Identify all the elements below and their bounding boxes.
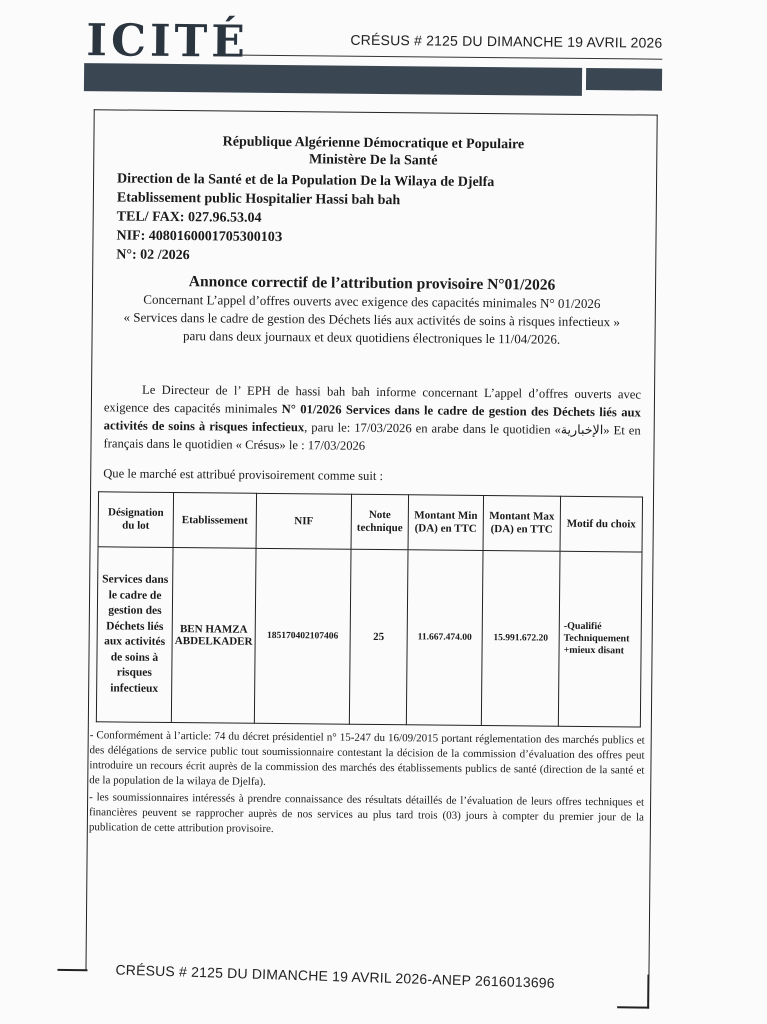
col-max: Montant Max (DA) en TTC <box>483 495 561 551</box>
cell-nif: 185170402107406 <box>254 548 351 724</box>
attribution-table: Désignation du lot Etablissement NIF Not… <box>96 491 643 727</box>
cell-note: 25 <box>349 549 408 725</box>
col-nif: NIF <box>256 493 352 549</box>
col-motif: Motif du choix <box>560 496 643 552</box>
col-etablissement: Etablissement <box>173 493 257 549</box>
cell-min: 11.667.474.00 <box>406 550 483 726</box>
issue-line: CRÉSUS # 2125 DU DIMANCHE 19 AVRIL 2026 <box>350 32 662 51</box>
cell-max: 15.991.672.20 <box>481 550 560 726</box>
masthead-band-right <box>586 68 662 91</box>
cell-motif: -Qualifié Techniquement +mieux disant <box>558 551 642 727</box>
table-header-row: Désignation du lot Etablissement NIF Not… <box>98 492 643 552</box>
col-min: Montant Min (DA) en TTC <box>408 495 484 551</box>
header-rule <box>242 55 662 60</box>
body-paragraph: Le Directeur de l’ EPH de hassi bah bah … <box>103 380 641 457</box>
newspaper-page: ICITÉ CRÉSUS # 2125 DU DIMANCHE 19 AVRIL… <box>0 0 767 1024</box>
reference-number: N°: 02 /2026 <box>116 245 642 269</box>
frame-edge <box>647 975 649 1009</box>
col-note: Note technique <box>351 494 409 550</box>
attribution-intro: Que le marché est attribué provisoiremen… <box>103 466 640 486</box>
announcement-content: République Algérienne Démocratique et Po… <box>97 132 644 840</box>
masthead-band <box>84 63 582 96</box>
legal-note-1: - Conformément à l’article: 74 du décret… <box>89 728 645 793</box>
frame-corner <box>617 1006 649 1008</box>
legal-note-2: - les soumissionnaires intéressés à pren… <box>89 790 644 840</box>
col-designation: Désignation du lot <box>98 492 174 548</box>
cell-etablissement: BEN HAMZA ABDELKADER <box>171 548 256 724</box>
cell-lot: Services dans le cadre de gestion des Dé… <box>96 547 173 723</box>
frame-corner <box>57 969 87 971</box>
table-row: Services dans le cadre de gestion des Dé… <box>96 547 642 727</box>
newspaper-logo: ICITÉ <box>86 19 249 65</box>
